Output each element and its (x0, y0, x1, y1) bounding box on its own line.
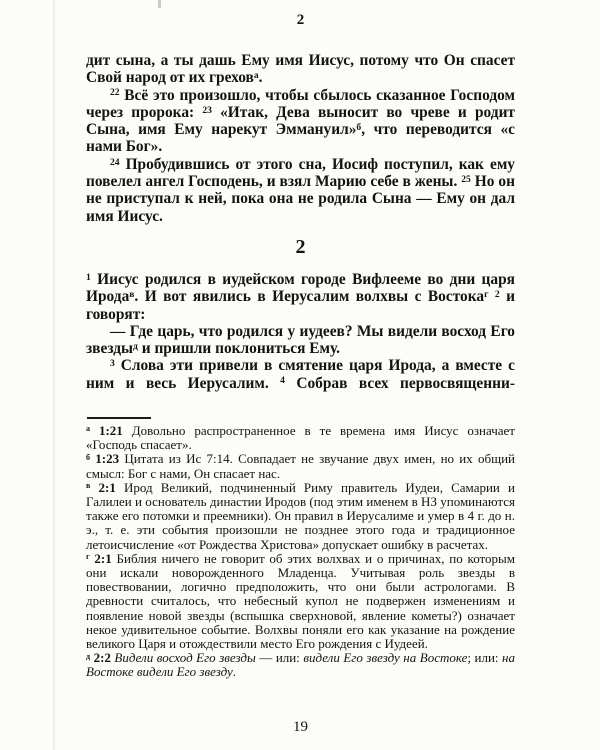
footnote-marker: г (86, 552, 90, 561)
footnote-marker: а (86, 424, 90, 433)
book-page-scan: 2 дит сына, а ты дашь Ему имя Иисус, пот… (0, 0, 600, 750)
footnote-ref: 2:1 (90, 551, 112, 566)
footnotes-block: а 1:21 Довольно распространенное в те вр… (86, 424, 515, 680)
footnote-ref: 2:1 (90, 480, 115, 495)
page-number: 19 (86, 719, 515, 736)
footnote-marker: д (133, 341, 138, 352)
footnote-marker: в (129, 289, 134, 300)
text-run: ; или: (467, 650, 502, 665)
footnote-ref: 1:23 (90, 451, 119, 466)
paragraph: 22 Всё это произошло, чтобы сбылось сказ… (86, 87, 515, 156)
text-run: Цитата из Ис 7:14. Совпадает не звучание… (86, 451, 515, 480)
text-run: — или: (256, 650, 304, 665)
chapter-heading: 2 (86, 235, 515, 259)
footnote: г 2:1 Библия ничего не говорит об этих в… (86, 552, 515, 651)
paragraph: 1 Иисус родился в иудейском городе Вифле… (86, 271, 515, 323)
paragraph: 3 Слова эти привели в смятение царя Ирод… (86, 357, 515, 392)
text-run: Пробудившись от этого сна, Иосиф поступи… (86, 156, 515, 190)
footnote-marker: г (484, 289, 488, 300)
verse-number: 3 (110, 358, 115, 369)
text-run: Ирод Великий, подчиненный Риму правитель… (86, 480, 515, 552)
text-run: и пришли поклониться Ему. (138, 340, 340, 357)
footnote-separator-rule (87, 417, 151, 419)
italic-text-run: видели Его звезду на Востоке (303, 650, 467, 665)
footnote-marker: д (86, 652, 90, 661)
scan-artifact-tick (158, 0, 161, 8)
paragraph: 24 Пробудившись от этого сна, Иосиф пост… (86, 156, 515, 225)
text-run: дит сына, а ты дашь Ему имя Иисус, потом… (86, 52, 515, 86)
footnote-ref: 1:21 (90, 423, 123, 438)
footnote: б 1:23 Цитата из Ис 7:14. Совпадает не з… (86, 452, 515, 480)
italic-text-run: Видели восход Его звезды (111, 650, 256, 665)
verse-number: 22 (110, 87, 120, 98)
text-run: . (233, 664, 236, 679)
footnote-ref: 2:2 (90, 650, 111, 665)
footnote: а 1:21 Довольно распространенное в те вр… (86, 424, 515, 452)
text-run: Собрав всех первосвященни- (285, 375, 515, 392)
text-run: . (259, 69, 263, 86)
footnote: в 2:1 Ирод Великий, подчиненный Риму пра… (86, 481, 515, 552)
body-text: дит сына, а ты дашь Ему имя Иисус, потом… (86, 52, 515, 392)
paragraph: дит сына, а ты дашь Ему имя Иисус, потом… (86, 52, 515, 87)
text-run: . И вот явились в Иерусалим волхвы с Вос… (134, 288, 484, 305)
verse-number: 4 (280, 375, 285, 386)
running-head-chapter-number: 2 (86, 12, 515, 29)
footnote-marker: в (86, 481, 90, 490)
footnote-marker: б (356, 122, 361, 133)
footnote: д 2:2 Видели восход Его звезды — или: ви… (86, 651, 515, 679)
scan-edge-shadow (53, 0, 55, 750)
text-run: Библия ничего не говорит об этих волхвах… (86, 551, 515, 651)
verse-number: 2 (495, 289, 500, 300)
verse-number: 24 (110, 157, 120, 168)
text-run: Довольно распространенное в те времена и… (86, 423, 515, 452)
text-run (488, 288, 494, 305)
footnote-marker: б (86, 453, 90, 462)
verse-number: 23 (202, 105, 212, 116)
verse-number: 1 (86, 272, 91, 283)
footnote-marker: а (254, 70, 259, 81)
verse-number: 25 (461, 174, 471, 185)
paragraph: — Где царь, что родился у иудеев? Мы вид… (86, 323, 515, 358)
